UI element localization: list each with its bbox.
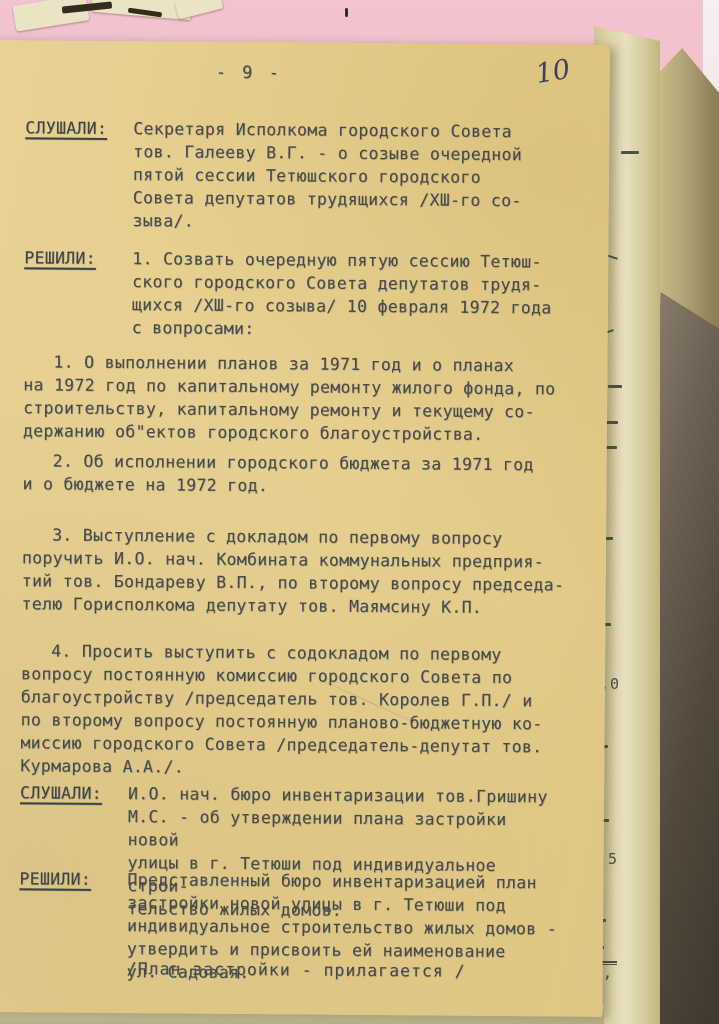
section-label: РЕШИЛИ: — [24, 246, 96, 270]
section-label: СЛУШАЛИ: — [20, 781, 102, 805]
document-page: - 9 - 10 СЛУШАЛИ: Секретаря Исполкома го… — [0, 40, 610, 1017]
edge-tick — [621, 151, 639, 154]
section-body: Секретаря Исполкома городского Совета то… — [132, 117, 573, 235]
section-body: 1. Созвать очередную пятую сессию Тетюш-… — [132, 247, 573, 342]
edge-tick — [606, 421, 618, 424]
section-decided-1: РЕШИЛИ: 1. Созвать очередную пятую сесси… — [0, 246, 608, 251]
page-number: - 9 - — [216, 62, 282, 86]
archive-photo-scene: ,0 ,5 3, - 9 - 10 СЛУШАЛИ: Секретаря Исп… — [0, 0, 719, 1024]
edge-tick — [608, 385, 622, 388]
section-label: РЕШИЛИ: — [19, 867, 91, 891]
agenda-item-2: 2. Об исполнении городского бюджета за 1… — [22, 449, 570, 499]
torn-paper-fragment — [175, 0, 224, 19]
attachment-note: /План застройки - прилагается / — [127, 957, 587, 984]
paper-speck — [345, 8, 348, 17]
agenda-item-4: 4. Просить выступить с содокладом по пер… — [20, 639, 569, 781]
section-label: СЛУШАЛИ: — [25, 116, 107, 140]
section-heard-2: СЛУШАЛИ: И.О. нач. бюро инвентаризации т… — [0, 781, 604, 786]
section-heard-1: СЛУШАЛИ: Секретаря Исполкома городского … — [0, 116, 609, 121]
agenda-item-3: 3. Выступление с докладом по первому воп… — [21, 523, 570, 619]
handwritten-folio-number: 10 — [533, 54, 572, 90]
agenda-item-1: 1. О выполнении планов за 1971 год и о п… — [23, 350, 572, 446]
